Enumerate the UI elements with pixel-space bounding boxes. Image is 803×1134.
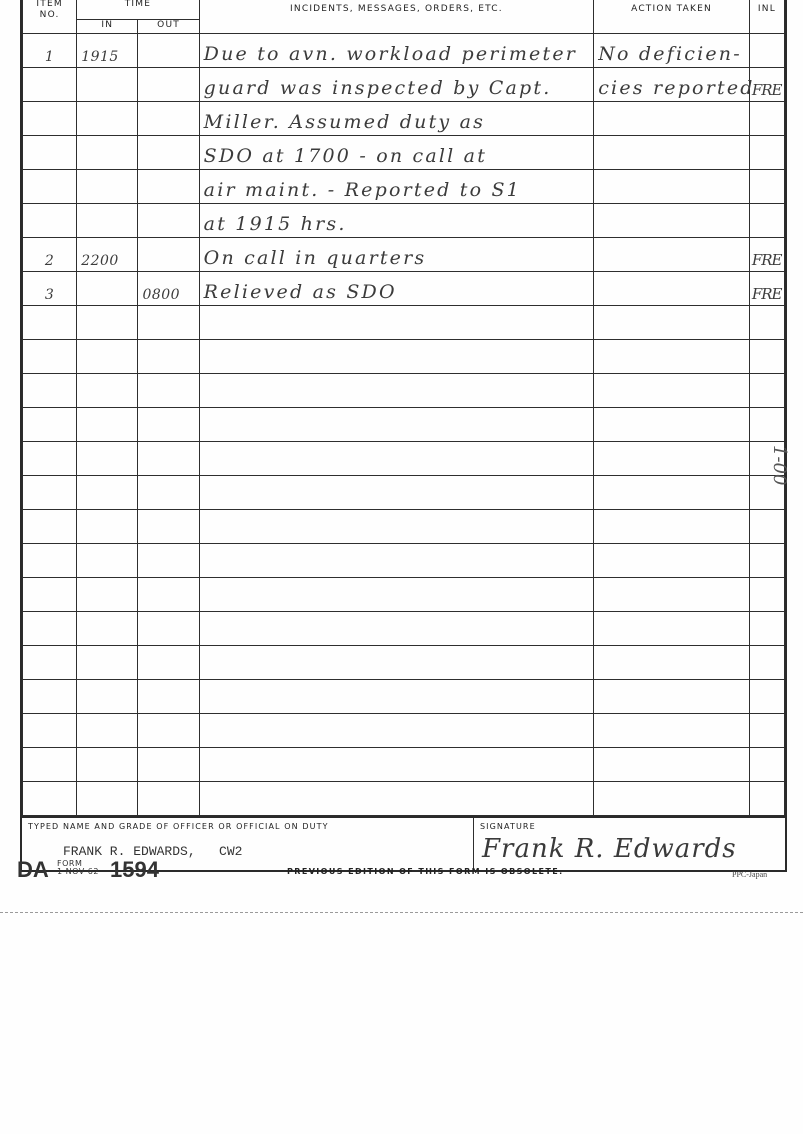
time-out-cell[interactable] [138, 68, 199, 102]
time-in-cell[interactable]: 2200 [77, 238, 138, 272]
item-no-cell[interactable] [23, 646, 77, 680]
incident-cell[interactable] [199, 612, 594, 646]
item-no-cell[interactable] [23, 782, 77, 816]
document-page: ITEM NO. TIME INCIDENTS, MESSAGES, ORDER… [0, 0, 803, 1134]
time-out-cell[interactable] [138, 476, 199, 510]
time-out-cell[interactable] [138, 646, 199, 680]
duty-officer-log-form: ITEM NO. TIME INCIDENTS, MESSAGES, ORDER… [20, 0, 787, 872]
incident-cell[interactable] [199, 442, 594, 476]
table-row: air maint. - Reported to S1 [23, 170, 785, 204]
time-out-cell[interactable] [138, 136, 199, 170]
time-in-cell[interactable] [77, 102, 138, 136]
action-cell[interactable] [594, 714, 750, 748]
item-no-cell[interactable] [23, 714, 77, 748]
action-cell[interactable] [594, 204, 750, 238]
action-cell[interactable] [594, 748, 750, 782]
item-no-cell[interactable] [23, 102, 77, 136]
table-row [23, 714, 785, 748]
time-in-cell[interactable] [77, 68, 138, 102]
table-row [23, 646, 785, 680]
initials-cell[interactable] [749, 306, 784, 340]
time-out-cell-text: 0800 [138, 287, 198, 305]
table-row: 11915Due to avn. workload perimeterNo de… [23, 34, 785, 68]
incident-cell-text: Relieved as SDO [200, 281, 594, 305]
item-no-cell-text: 3 [23, 287, 76, 305]
item-no-cell[interactable] [23, 510, 77, 544]
time-in-cell[interactable] [77, 340, 138, 374]
item-no-cell-text [23, 813, 76, 815]
incident-cell-text: SDO at 1700 - on call at [200, 145, 594, 169]
initials-cell[interactable] [749, 374, 784, 408]
time-out-cell[interactable]: 0800 [138, 272, 199, 306]
time-out-cell[interactable] [138, 510, 199, 544]
action-cell[interactable] [594, 136, 750, 170]
table-row: SDO at 1700 - on call at [23, 136, 785, 170]
table-row: 30800Relieved as SDOFRE [23, 272, 785, 306]
item-no-cell[interactable] [23, 374, 77, 408]
incident-cell[interactable]: Miller. Assumed duty as [199, 102, 594, 136]
header-time: TIME [77, 0, 199, 20]
incident-cell[interactable] [199, 544, 594, 578]
incident-cell-text [200, 813, 594, 815]
action-cell[interactable] [594, 374, 750, 408]
time-out-cell[interactable] [138, 204, 199, 238]
item-no-cell[interactable] [23, 170, 77, 204]
initials-cell[interactable] [749, 408, 784, 442]
incident-cell[interactable] [199, 340, 594, 374]
action-cell[interactable] [594, 680, 750, 714]
action-cell[interactable] [594, 646, 750, 680]
action-cell[interactable] [594, 272, 750, 306]
initials-cell[interactable] [749, 34, 784, 68]
incident-cell[interactable]: guard was inspected by Capt. [199, 68, 594, 102]
time-in-cell[interactable] [77, 544, 138, 578]
item-no-cell[interactable] [23, 476, 77, 510]
time-in-cell[interactable] [77, 204, 138, 238]
action-cell[interactable]: No deficien- [594, 34, 750, 68]
incident-cell[interactable] [199, 748, 594, 782]
time-out-cell[interactable] [138, 714, 199, 748]
time-in-cell[interactable] [77, 680, 138, 714]
incident-cell-text: Due to avn. workload perimeter [200, 43, 594, 67]
item-no-cell[interactable] [23, 306, 77, 340]
action-cell[interactable] [594, 340, 750, 374]
item-no-cell-text: 2 [23, 253, 76, 271]
initials-cell[interactable] [749, 748, 784, 782]
item-no-cell[interactable] [23, 578, 77, 612]
item-no-cell[interactable]: 3 [23, 272, 77, 306]
action-cell[interactable] [594, 238, 750, 272]
header-time-out: OUT [138, 20, 199, 34]
initials-cell[interactable] [749, 714, 784, 748]
margin-annotation: 1-00 [769, 445, 790, 485]
incident-cell[interactable]: at 1915 hrs. [199, 204, 594, 238]
incident-cell-text: at 1915 hrs. [200, 213, 594, 237]
time-out-cell[interactable] [138, 782, 199, 816]
table-row: Miller. Assumed duty as [23, 102, 785, 136]
time-in-cell[interactable] [77, 374, 138, 408]
initials-cell-text: FRE [750, 285, 784, 305]
incident-cell-text: air maint. - Reported to S1 [200, 179, 594, 203]
time-in-cell[interactable] [77, 578, 138, 612]
item-no-cell[interactable]: 1 [23, 34, 77, 68]
agency-mark: DA [17, 857, 49, 883]
incident-cell[interactable]: Relieved as SDO [199, 272, 594, 306]
time-in-cell[interactable]: 1915 [77, 34, 138, 68]
table-row [23, 476, 785, 510]
time-out-cell[interactable] [138, 170, 199, 204]
item-no-cell[interactable] [23, 136, 77, 170]
initials-cell[interactable] [749, 510, 784, 544]
time-out-cell[interactable] [138, 340, 199, 374]
incident-cell[interactable]: Due to avn. workload perimeter [199, 34, 594, 68]
incident-cell[interactable]: air maint. - Reported to S1 [199, 170, 594, 204]
time-in-cell[interactable] [77, 476, 138, 510]
incident-cell[interactable] [199, 476, 594, 510]
action-cell[interactable] [594, 102, 750, 136]
initials-cell[interactable] [749, 170, 784, 204]
form-number: 1594 [110, 857, 159, 883]
item-no-cell[interactable] [23, 612, 77, 646]
time-in-cell[interactable] [77, 306, 138, 340]
incident-cell[interactable] [199, 782, 594, 816]
time-in-cell[interactable] [77, 408, 138, 442]
form-label: FORM 1 NOV 62 [57, 860, 99, 876]
incident-cell[interactable] [199, 714, 594, 748]
header-item-no: ITEM NO. [23, 0, 77, 34]
initials-cell[interactable]: FRE [749, 272, 784, 306]
time-out-cell[interactable] [138, 306, 199, 340]
table-row: at 1915 hrs. [23, 204, 785, 238]
item-no-cell[interactable] [23, 680, 77, 714]
action-cell[interactable] [594, 170, 750, 204]
page-edge-line [0, 912, 803, 913]
form-footer: DA FORM 1 NOV 62 1594 PREVIOUS EDITION O… [17, 857, 783, 885]
item-no-cell[interactable] [23, 442, 77, 476]
time-in-cell[interactable] [77, 272, 138, 306]
incident-cell-text: On call in quarters [200, 247, 594, 271]
table-row [23, 442, 785, 476]
time-in-cell[interactable] [77, 442, 138, 476]
time-out-cell[interactable] [138, 408, 199, 442]
header-initials: INL [749, 0, 784, 34]
time-in-cell-text: 1915 [77, 49, 137, 67]
initials-cell[interactable] [749, 340, 784, 374]
initials-cell[interactable] [749, 646, 784, 680]
action-cell[interactable] [594, 544, 750, 578]
time-out-cell[interactable] [138, 102, 199, 136]
time-in-cell[interactable] [77, 612, 138, 646]
initials-cell[interactable] [749, 782, 784, 816]
initials-cell-text [750, 813, 784, 815]
table-row [23, 340, 785, 374]
incident-cell[interactable]: On call in quarters [199, 238, 594, 272]
table-row [23, 374, 785, 408]
initials-cell[interactable]: FRE [749, 68, 784, 102]
incident-cell[interactable] [199, 408, 594, 442]
initials-cell-text: FRE [750, 251, 784, 271]
incident-cell[interactable] [199, 680, 594, 714]
table-row: guard was inspected by Capt.cies reporte… [23, 68, 785, 102]
action-cell-text: No deficien- [594, 43, 749, 67]
time-out-cell[interactable] [138, 442, 199, 476]
time-out-cell[interactable] [138, 680, 199, 714]
time-out-cell[interactable] [138, 544, 199, 578]
action-cell[interactable] [594, 782, 750, 816]
time-in-cell[interactable] [77, 782, 138, 816]
table-row [23, 408, 785, 442]
header-incidents: INCIDENTS, MESSAGES, ORDERS, ETC. [199, 0, 594, 34]
initials-cell[interactable]: FRE [749, 238, 784, 272]
initials-cell[interactable] [749, 544, 784, 578]
log-body: 11915Due to avn. workload perimeterNo de… [23, 34, 785, 816]
item-no-cell[interactable] [23, 204, 77, 238]
item-no-cell[interactable] [23, 544, 77, 578]
table-row [23, 680, 785, 714]
signature-label: SIGNATURE [480, 822, 536, 831]
action-cell-text: cies reported [594, 77, 749, 101]
header-action-taken: ACTION TAKEN [594, 0, 750, 34]
item-no-cell[interactable] [23, 340, 77, 374]
officer-label: TYPED NAME AND GRADE OF OFFICER OR OFFIC… [28, 822, 329, 831]
table-row [23, 782, 785, 816]
incident-cell[interactable] [199, 306, 594, 340]
header-time-in: IN [77, 20, 138, 34]
time-out-cell[interactable] [138, 578, 199, 612]
incident-cell[interactable]: SDO at 1700 - on call at [199, 136, 594, 170]
time-in-cell[interactable] [77, 510, 138, 544]
time-out-cell[interactable] [138, 748, 199, 782]
time-in-cell[interactable] [77, 748, 138, 782]
action-cell[interactable] [594, 408, 750, 442]
action-cell[interactable] [594, 476, 750, 510]
initials-cell[interactable] [749, 680, 784, 714]
table-row [23, 306, 785, 340]
printer-mark: PPC-Japan [732, 870, 767, 879]
form-date: 1 NOV 62 [57, 867, 99, 876]
action-cell-text [594, 813, 749, 815]
time-in-cell-text [77, 813, 137, 815]
initials-cell[interactable] [749, 136, 784, 170]
time-in-cell[interactable] [77, 170, 138, 204]
action-cell[interactable] [594, 578, 750, 612]
initials-cell[interactable] [749, 612, 784, 646]
obsolete-notice: PREVIOUS EDITION OF THIS FORM IS OBSOLET… [287, 867, 564, 876]
initials-cell-text: FRE [750, 81, 784, 101]
item-no-cell[interactable]: 2 [23, 238, 77, 272]
time-out-cell[interactable] [138, 34, 199, 68]
incident-cell[interactable] [199, 578, 594, 612]
item-no-cell-text: 1 [23, 49, 76, 67]
initials-cell[interactable] [749, 204, 784, 238]
table-row [23, 748, 785, 782]
table-row [23, 544, 785, 578]
incident-cell[interactable] [199, 646, 594, 680]
incident-cell-text: guard was inspected by Capt. [200, 77, 594, 101]
incident-cell[interactable] [199, 510, 594, 544]
action-cell[interactable] [594, 442, 750, 476]
time-out-cell[interactable] [138, 612, 199, 646]
item-no-cell[interactable] [23, 408, 77, 442]
time-out-cell[interactable] [138, 238, 199, 272]
time-out-cell-text [138, 813, 198, 815]
initials-cell[interactable] [749, 578, 784, 612]
item-no-cell[interactable] [23, 68, 77, 102]
time-in-cell[interactable] [77, 714, 138, 748]
action-cell[interactable] [594, 510, 750, 544]
action-cell[interactable]: cies reported [594, 68, 750, 102]
table-row [23, 578, 785, 612]
action-cell[interactable] [594, 306, 750, 340]
initials-cell[interactable] [749, 102, 784, 136]
incident-cell-text: Miller. Assumed duty as [200, 111, 594, 135]
action-cell[interactable] [594, 612, 750, 646]
log-table: ITEM NO. TIME INCIDENTS, MESSAGES, ORDER… [22, 0, 785, 816]
table-row [23, 612, 785, 646]
item-no-cell[interactable] [23, 748, 77, 782]
table-row: 22200On call in quartersFRE [23, 238, 785, 272]
time-out-cell[interactable] [138, 374, 199, 408]
time-in-cell-text: 2200 [77, 253, 137, 271]
table-row [23, 510, 785, 544]
time-in-cell[interactable] [77, 136, 138, 170]
time-in-cell[interactable] [77, 646, 138, 680]
incident-cell[interactable] [199, 374, 594, 408]
